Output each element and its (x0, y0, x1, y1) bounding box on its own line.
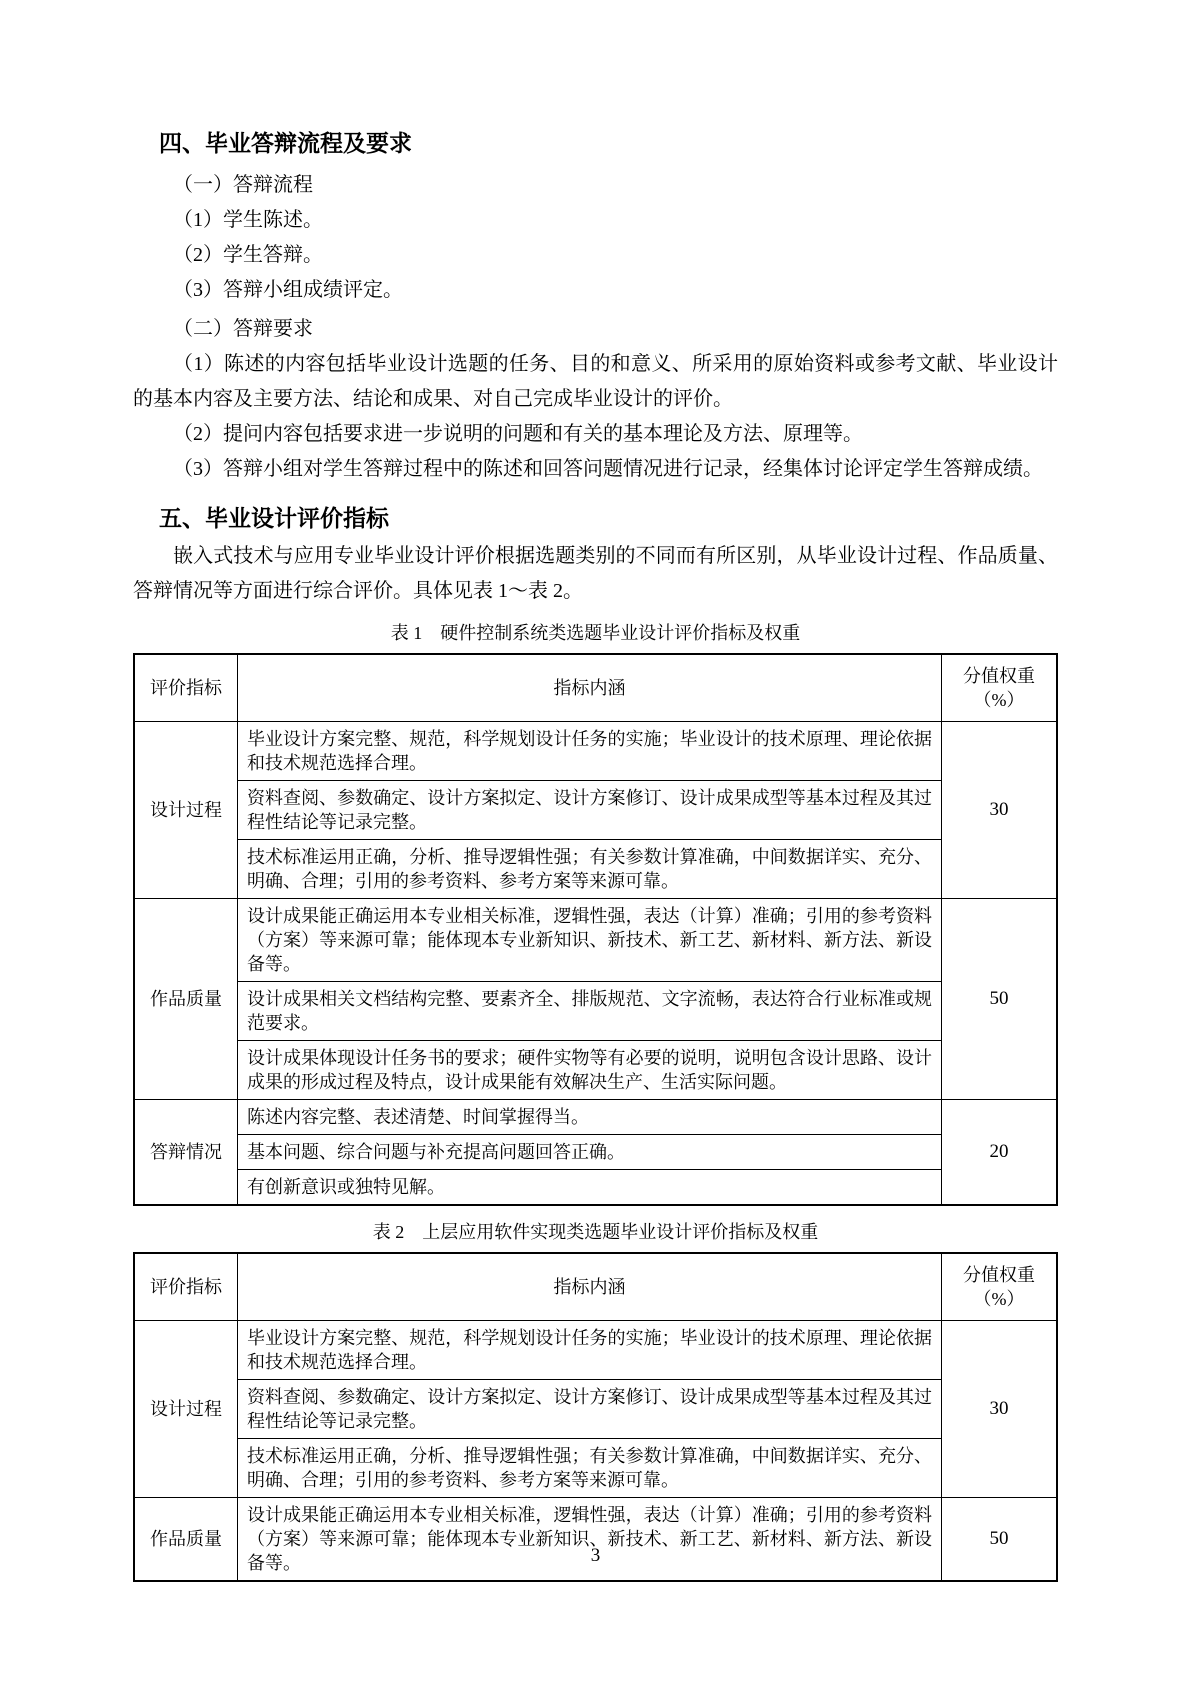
paragraph-flow-item-3: （3）答辩小组成绩评定。 (133, 273, 1058, 308)
table-row: 基本问题、综合问题与补充提高问题回答正确。 (134, 1135, 1057, 1170)
table-header-row: 评价指标指标内涵分值权重（%） (134, 1253, 1057, 1321)
content-cell: 资料查阅、参数确定、设计方案拟定、设计方案修订、设计成果成型等基本过程及其过程性… (238, 1380, 942, 1439)
group-name-cell: 答辩情况 (134, 1100, 238, 1206)
group-name-cell: 作品质量 (134, 1498, 238, 1582)
content-cell: 技术标准运用正确，分析、推导逻辑性强；有关参数计算准确，中间数据详实、充分、明确… (238, 1439, 942, 1498)
table-row: 资料查阅、参数确定、设计方案拟定、设计方案修订、设计成果成型等基本过程及其过程性… (134, 781, 1057, 840)
table-2: 评价指标指标内涵分值权重（%）设计过程毕业设计方案完整、规范，科学规划设计任务的… (133, 1252, 1058, 1582)
table-2-grid: 评价指标指标内涵分值权重（%）设计过程毕业设计方案完整、规范，科学规划设计任务的… (133, 1252, 1058, 1582)
table-row: 技术标准运用正确，分析、推导逻辑性强；有关参数计算准确，中间数据详实、充分、明确… (134, 1439, 1057, 1498)
content-cell: 陈述内容完整、表述清楚、时间掌握得当。 (238, 1100, 942, 1135)
paragraph-defense-requirements-label: （二）答辩要求 (133, 312, 1058, 347)
paragraph-requirement-2: （2）提问内容包括要求进一步说明的问题和有关的基本理论及方法、原理等。 (133, 417, 1058, 452)
weight-cell: 30 (942, 1321, 1058, 1498)
content-cell: 资料查阅、参数确定、设计方案拟定、设计方案修订、设计成果成型等基本过程及其过程性… (238, 781, 942, 840)
paragraph-flow-item-1: （1）学生陈述。 (133, 203, 1058, 238)
table-1-grid: 评价指标指标内涵分值权重（%）设计过程毕业设计方案完整、规范，科学规划设计任务的… (133, 653, 1058, 1206)
content-cell: 设计成果能正确运用本专业相关标准，逻辑性强，表达（计算）准确；引用的参考资料（方… (238, 899, 942, 982)
content-cell: 技术标准运用正确，分析、推导逻辑性强；有关参数计算准确，中间数据详实、充分、明确… (238, 840, 942, 899)
table-row: 技术标准运用正确，分析、推导逻辑性强；有关参数计算准确，中间数据详实、充分、明确… (134, 840, 1057, 899)
header-cell-weight: 分值权重（%） (942, 1253, 1058, 1321)
section-5-heading: 五、毕业设计评价指标 (133, 503, 1058, 533)
content-cell: 毕业设计方案完整、规范，科学规划设计任务的实施；毕业设计的技术原理、理论依据和技… (238, 722, 942, 781)
table-row: 设计过程毕业设计方案完整、规范，科学规划设计任务的实施；毕业设计的技术原理、理论… (134, 1321, 1057, 1380)
content-cell: 设计成果相关文档结构完整、要素齐全、排版规范、文字流畅，表达符合行业标准或规范要… (238, 982, 942, 1041)
table-row: 有创新意识或独特见解。 (134, 1170, 1057, 1206)
header-cell-criteria: 评价指标 (134, 654, 238, 722)
page-number: 3 (0, 1545, 1191, 1567)
section-4-heading: 四、毕业答辩流程及要求 (133, 128, 1058, 158)
content-cell: 设计成果体现设计任务书的要求；硬件实物等有必要的说明，说明包含设计思路、设计成果… (238, 1041, 942, 1100)
table-2-caption: 表 2 上层应用软件实现类选题毕业设计评价指标及权重 (133, 1220, 1058, 1244)
header-cell-weight: 分值权重（%） (942, 654, 1058, 722)
header-cell-content: 指标内涵 (238, 654, 942, 722)
header-cell-criteria: 评价指标 (134, 1253, 238, 1321)
table-row: 作品质量设计成果能正确运用本专业相关标准，逻辑性强，表达（计算）准确；引用的参考… (134, 899, 1057, 982)
header-cell-content: 指标内涵 (238, 1253, 942, 1321)
table-row: 设计成果体现设计任务书的要求；硬件实物等有必要的说明，说明包含设计思路、设计成果… (134, 1041, 1057, 1100)
paragraph-defense-flow-label: （一）答辩流程 (133, 168, 1058, 203)
table-row: 作品质量设计成果能正确运用本专业相关标准，逻辑性强，表达（计算）准确；引用的参考… (134, 1498, 1057, 1582)
content-cell: 设计成果能正确运用本专业相关标准，逻辑性强，表达（计算）准确；引用的参考资料（方… (238, 1498, 942, 1582)
table-row: 设计成果相关文档结构完整、要素齐全、排版规范、文字流畅，表达符合行业标准或规范要… (134, 982, 1057, 1041)
content-cell: 毕业设计方案完整、规范，科学规划设计任务的实施；毕业设计的技术原理、理论依据和技… (238, 1321, 942, 1380)
content-cell: 有创新意识或独特见解。 (238, 1170, 942, 1206)
weight-cell: 50 (942, 899, 1058, 1100)
table-row: 资料查阅、参数确定、设计方案拟定、设计方案修订、设计成果成型等基本过程及其过程性… (134, 1380, 1057, 1439)
weight-cell: 30 (942, 722, 1058, 899)
weight-cell: 50 (942, 1498, 1058, 1582)
table-1: 评价指标指标内涵分值权重（%）设计过程毕业设计方案完整、规范，科学规划设计任务的… (133, 653, 1058, 1206)
document-page: 四、毕业答辩流程及要求 （一）答辩流程 （1）学生陈述。 （2）学生答辩。 （3… (0, 0, 1191, 1684)
paragraph-requirement-1: （1）陈述的内容包括毕业设计选题的任务、目的和意义、所采用的原始资料或参考文献、… (133, 347, 1058, 417)
weight-cell: 20 (942, 1100, 1058, 1206)
content-cell: 基本问题、综合问题与补充提高问题回答正确。 (238, 1135, 942, 1170)
group-name-cell: 设计过程 (134, 1321, 238, 1498)
paragraph-requirement-3: （3）答辩小组对学生答辩过程中的陈述和回答问题情况进行记录，经集体讨论评定学生答… (133, 452, 1058, 487)
paragraph-evaluation-intro: 嵌入式技术与应用专业毕业设计评价根据选题类别的不同而有所区别，从毕业设计过程、作… (133, 539, 1058, 609)
group-name-cell: 作品质量 (134, 899, 238, 1100)
table-row: 答辩情况陈述内容完整、表述清楚、时间掌握得当。20 (134, 1100, 1057, 1135)
group-name-cell: 设计过程 (134, 722, 238, 899)
table-header-row: 评价指标指标内涵分值权重（%） (134, 654, 1057, 722)
table-row: 设计过程毕业设计方案完整、规范，科学规划设计任务的实施；毕业设计的技术原理、理论… (134, 722, 1057, 781)
table-1-caption: 表 1 硬件控制系统类选题毕业设计评价指标及权重 (133, 621, 1058, 645)
paragraph-flow-item-2: （2）学生答辩。 (133, 238, 1058, 273)
